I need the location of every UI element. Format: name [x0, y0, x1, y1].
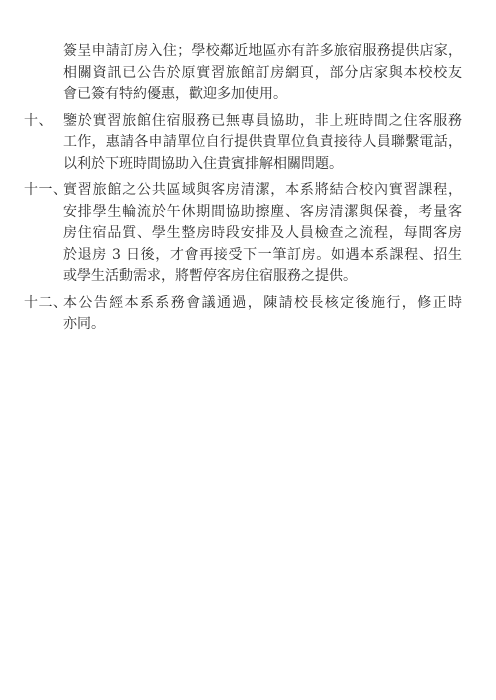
text-line: 本公告經本系系務會議通過，陳請校長核定後施行，修正時: [63, 293, 462, 315]
text-line: 簽呈申請訂房入住；學校鄰近地區亦有許多旅宿服務提供店家，: [63, 41, 462, 63]
document-page: 簽呈申請訂房入住；學校鄰近地區亦有許多旅宿服務提供店家， 相關資訊已公告於原實習…: [0, 0, 496, 700]
item-number-label: 十二、: [24, 293, 68, 315]
text-line: 亦同。: [63, 314, 462, 336]
item-number-label: 十一、: [24, 180, 68, 202]
list-item-11: 十一、 實習旅館之公共區域與客房清潔，本系將結合校內實習課程， 安排學生輪流於午…: [24, 180, 462, 288]
list-item-12: 十二、 本公告經本系系務會議通過，陳請校長核定後施行，修正時 亦同。: [24, 293, 462, 336]
text-line: 於退房 3 日後，才會再接受下一筆訂房。如遇本系課程、招生: [63, 245, 462, 267]
text-line: 會已簽有特約優惠，歡迎多加使用。: [63, 84, 462, 106]
text-line: 或學生活動需求，將暫停客房住宿服務之提供。: [63, 266, 462, 288]
text-line: 安排學生輪流於午休期間協助擦塵、客房清潔與保養，考量客: [63, 202, 462, 224]
paragraph-continuation: 簽呈申請訂房入住；學校鄰近地區亦有許多旅宿服務提供店家， 相關資訊已公告於原實習…: [24, 41, 462, 106]
list-item-10: 十、 鑒於實習旅館住宿服務已無專員協助，非上班時間之住客服務 工作，惠請各申請單…: [24, 111, 462, 176]
text-line: 鑒於實習旅館住宿服務已無專員協助，非上班時間之住客服務: [63, 111, 462, 133]
text-line: 實習旅館之公共區域與客房清潔，本系將結合校內實習課程，: [63, 180, 462, 202]
item-number-label: 十、: [24, 111, 53, 133]
text-line: 房住宿品質、學生整房時段安排及人員檢查之流程，每間客房: [63, 223, 462, 245]
document-body: 簽呈申請訂房入住；學校鄰近地區亦有許多旅宿服務提供店家， 相關資訊已公告於原實習…: [24, 41, 462, 341]
text-line: 工作，惠請各申請單位自行提供貴單位負責接待人員聯繫電話，: [63, 132, 462, 154]
text-line: 以利於下班時間協助入住貴賓排解相關問題。: [63, 154, 462, 176]
text-line: 相關資訊已公告於原實習旅館訂房網頁，部分店家與本校校友: [63, 63, 462, 85]
